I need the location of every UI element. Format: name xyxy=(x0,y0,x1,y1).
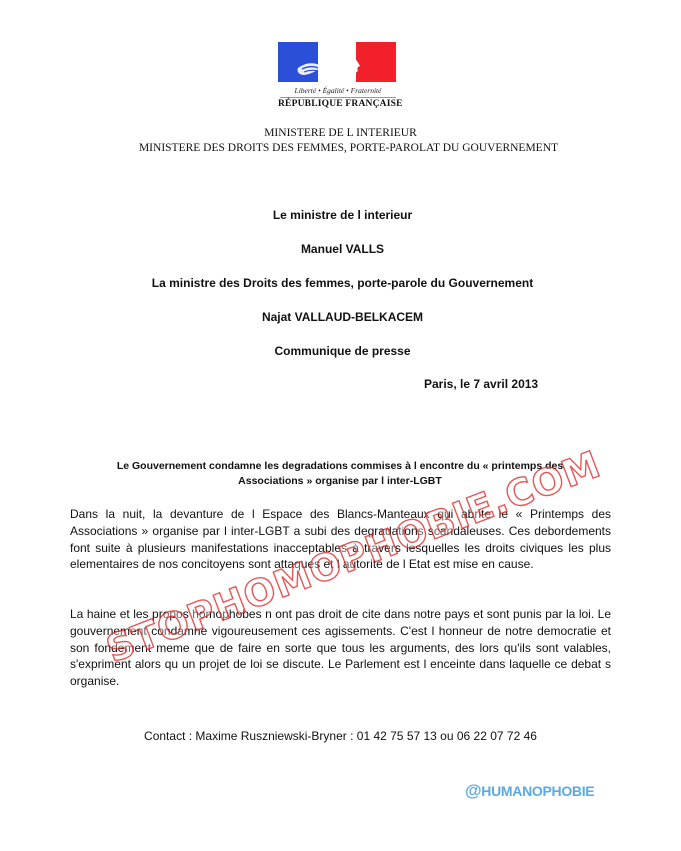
minister2-name: Najat VALLAUD-BELKACEM xyxy=(2,310,681,324)
ministry-interior: MINISTERE DE L INTERIEUR xyxy=(0,127,681,139)
document-type: Communique de presse xyxy=(2,344,681,358)
body-paragraph: La haine et les propos homophobes n ont … xyxy=(70,606,611,690)
body-paragraph: Dans la nuit, la devanture de l Espace d… xyxy=(70,506,611,573)
minister2-title: La ministre des Droits des femmes, porte… xyxy=(2,276,681,290)
marianne-profile-icon xyxy=(278,42,396,82)
minister-name: Manuel VALLS xyxy=(2,242,681,256)
document-date: Paris, le 7 avril 2013 xyxy=(424,377,538,391)
motto-divider xyxy=(280,97,396,98)
marianne-logo: Liberté • Égalité • Fraternité RÉPUBLIQU… xyxy=(278,42,398,114)
press-release-page: Liberté • Égalité • Fraternité RÉPUBLIQU… xyxy=(0,0,681,851)
minister-title: Le ministre de l interieur xyxy=(2,208,681,222)
social-handle-text: HUMANOPHOBIE xyxy=(481,783,594,799)
republic-name: RÉPUBLIQUE FRANÇAISE xyxy=(278,99,398,109)
tricolor-flag xyxy=(278,42,396,82)
republic-motto: Liberté • Égalité • Fraternité xyxy=(278,86,398,95)
social-handle: @HUMANOPHOBIE xyxy=(465,781,594,801)
press-release-title: Le Gouvernement condamne les degradation… xyxy=(90,459,590,489)
ministry-womens-rights: MINISTERE DES DROITS DES FEMMES, PORTE-P… xyxy=(8,142,681,154)
at-sign: @ xyxy=(465,781,481,800)
contact-line: Contact : Maxime Ruszniewski-Bryner : 01… xyxy=(0,729,681,743)
